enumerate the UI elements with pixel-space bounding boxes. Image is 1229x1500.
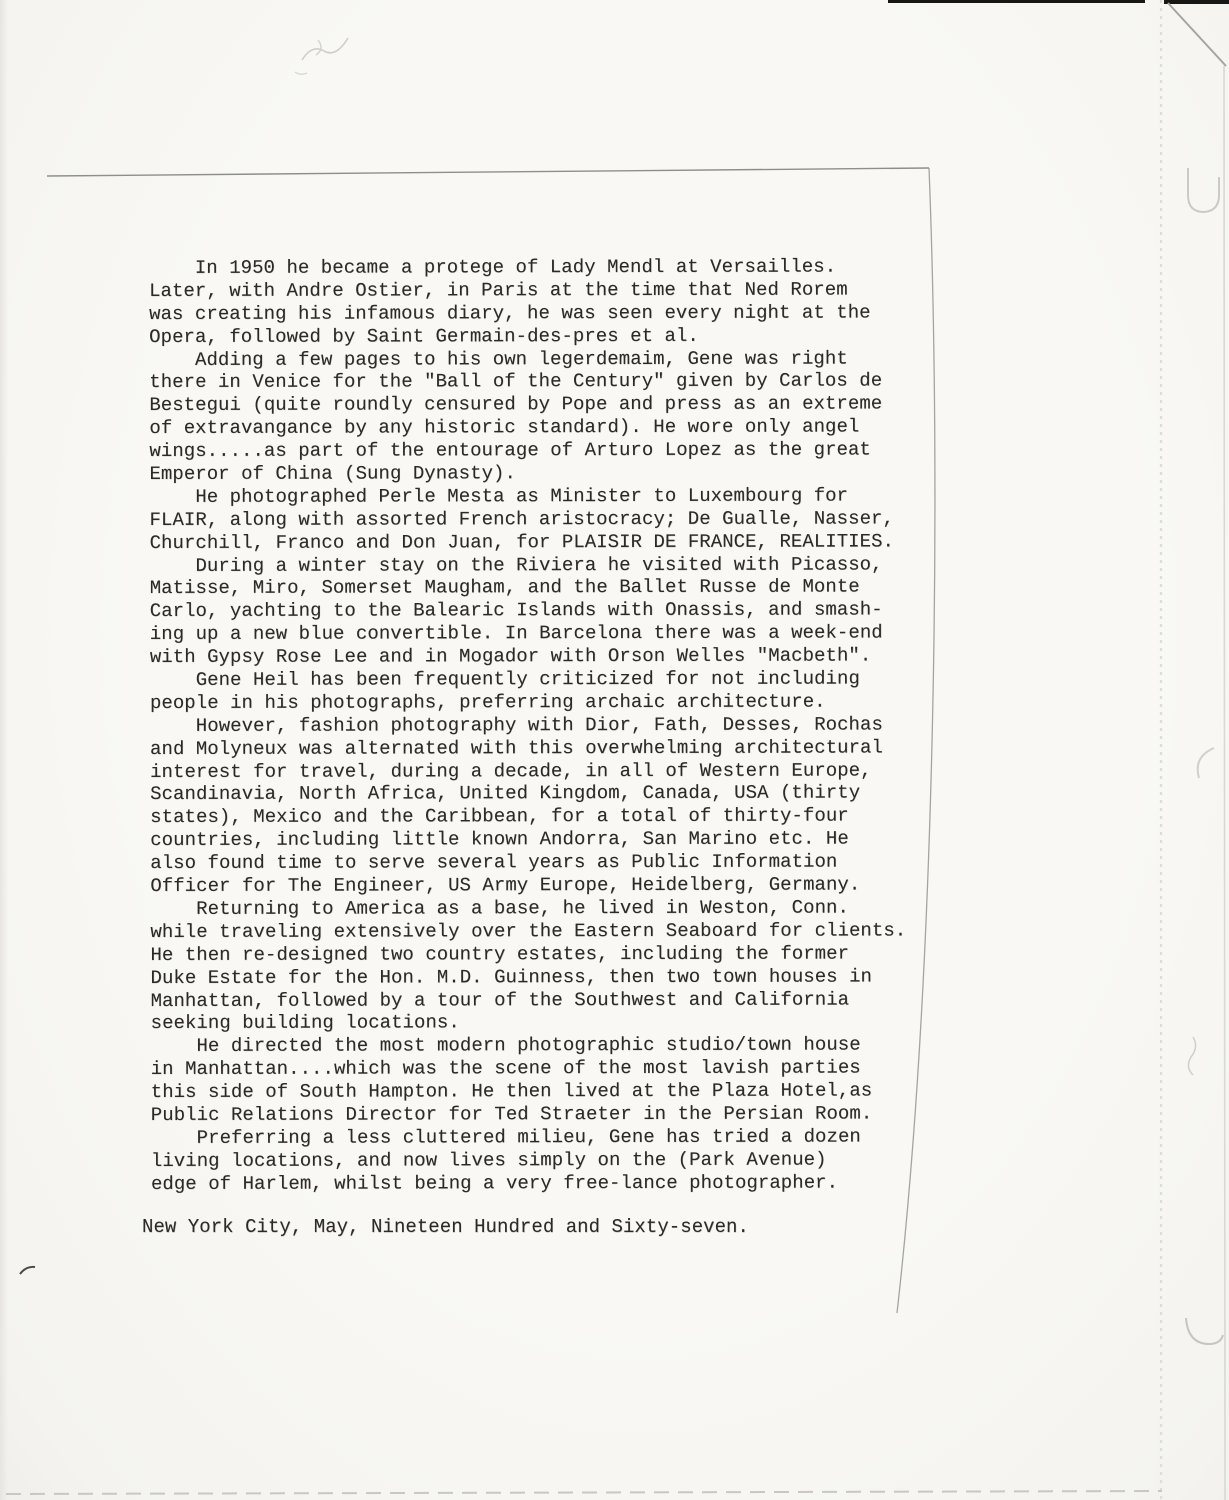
closing-dateline: New York City, May, Nineteen Hundred and… xyxy=(142,1216,749,1239)
typed-line-35: He directed the most modern photographic… xyxy=(151,1034,907,1058)
typed-line-30: while traveling extensively over the Eas… xyxy=(150,919,906,943)
typed-line-6: there in Venice for the "Ball of the Cen… xyxy=(149,370,905,394)
typed-line-39: Preferring a less cluttered milieu, Gene… xyxy=(151,1125,907,1149)
faint-smudge-right xyxy=(1188,1037,1195,1075)
typed-line-31: He then re-designed two country estates,… xyxy=(150,942,906,966)
typed-line-16: Carlo, yachting to the Balearic Islands … xyxy=(150,599,906,623)
typed-line-26: countries, including little known Andorr… xyxy=(150,828,906,852)
typed-line-15: Matisse, Miro, Somerset Maugham, and the… xyxy=(150,576,906,600)
typed-line-18: with Gypsy Rose Lee and in Mogador with … xyxy=(150,645,906,669)
ring-binder-curl-mark-bottom xyxy=(1186,1318,1223,1344)
typed-line-28: Officer for The Engineer, US Army Europe… xyxy=(150,873,906,897)
typed-line-2: Later, with Andre Ostier, in Paris at th… xyxy=(149,278,905,302)
typed-line-37: this side of South Hampton. He then live… xyxy=(151,1079,907,1103)
under-sheet-bottom-dashed-edge xyxy=(6,1491,1162,1494)
sheet-top-edge-line xyxy=(47,168,929,176)
typed-line-8: of extravangance by any historic standar… xyxy=(149,416,905,440)
scanned-document-page: In 1950 he became a protege of Lady Mend… xyxy=(0,0,1229,1500)
scan-right-edge-line xyxy=(1224,66,1225,1500)
typed-line-38: Public Relations Director for Ted Straet… xyxy=(151,1102,907,1126)
typed-line-32: Duke Estate for the Hon. M.D. Guinness, … xyxy=(150,965,906,989)
typed-line-13: Churchill, Franco and Don Juan, for PLAI… xyxy=(150,530,906,554)
typed-line-29: Returning to America as a base, he lived… xyxy=(150,896,906,920)
typed-line-9: wings.....as part of the entourage of Ar… xyxy=(149,439,905,463)
typed-line-27: also found time to serve several years a… xyxy=(150,851,906,875)
pen-tick-mark xyxy=(20,1267,35,1274)
typed-line-36: in Manhattan....which was the scene of t… xyxy=(151,1057,907,1081)
pencil-smudge-marks xyxy=(295,38,348,74)
typed-line-17: ing up a new blue convertible. In Barcel… xyxy=(150,622,906,646)
ring-binder-curl-mark-middle xyxy=(1198,748,1214,778)
typed-line-10: Emperor of China (Sung Dynasty). xyxy=(149,461,905,485)
typed-line-4: Opera, followed by Saint Germain-des-pre… xyxy=(149,324,905,348)
typed-line-14: During a winter stay on the Riviera he v… xyxy=(150,553,906,577)
typed-line-20: people in his photographs, preferring ar… xyxy=(150,690,906,714)
typed-line-33: Manhattan, followed by a tour of the Sou… xyxy=(151,988,907,1012)
typed-line-5: Adding a few pages to his own legerdemai… xyxy=(149,347,905,371)
typed-line-19: Gene Heil has been frequently criticized… xyxy=(150,667,906,691)
typed-line-11: He photographed Perle Mesta as Minister … xyxy=(149,484,905,508)
typed-line-1: In 1950 he became a protege of Lady Mend… xyxy=(149,255,905,279)
typed-line-23: interest for travel, during a decade, in… xyxy=(150,759,906,783)
typed-line-41: edge of Harlem, whilst being a very free… xyxy=(151,1171,907,1195)
typed-line-25: states), Mexico and the Caribbean, for a… xyxy=(150,805,906,829)
typed-line-3: was creating his infamous diary, he was … xyxy=(149,301,905,325)
ring-binder-curl-mark-top xyxy=(1188,168,1219,212)
typed-line-22: and Molyneux was alternated with this ov… xyxy=(150,736,906,760)
typed-line-12: FLAIR, along with assorted French aristo… xyxy=(150,507,906,531)
typed-text-block: In 1950 he became a protege of Lady Mend… xyxy=(149,255,907,1195)
typed-line-21: However, fashion photography with Dior, … xyxy=(150,713,906,737)
typed-line-34: seeking building locations. xyxy=(151,1011,907,1035)
typed-line-40: living locations, and now lives simply o… xyxy=(151,1148,907,1172)
corner-fold-diagonal-line xyxy=(1168,3,1226,66)
typed-line-7: Bestegui (quite roundly censured by Pope… xyxy=(149,393,905,417)
typed-line-24: Scandinavia, North Africa, United Kingdo… xyxy=(150,782,906,806)
